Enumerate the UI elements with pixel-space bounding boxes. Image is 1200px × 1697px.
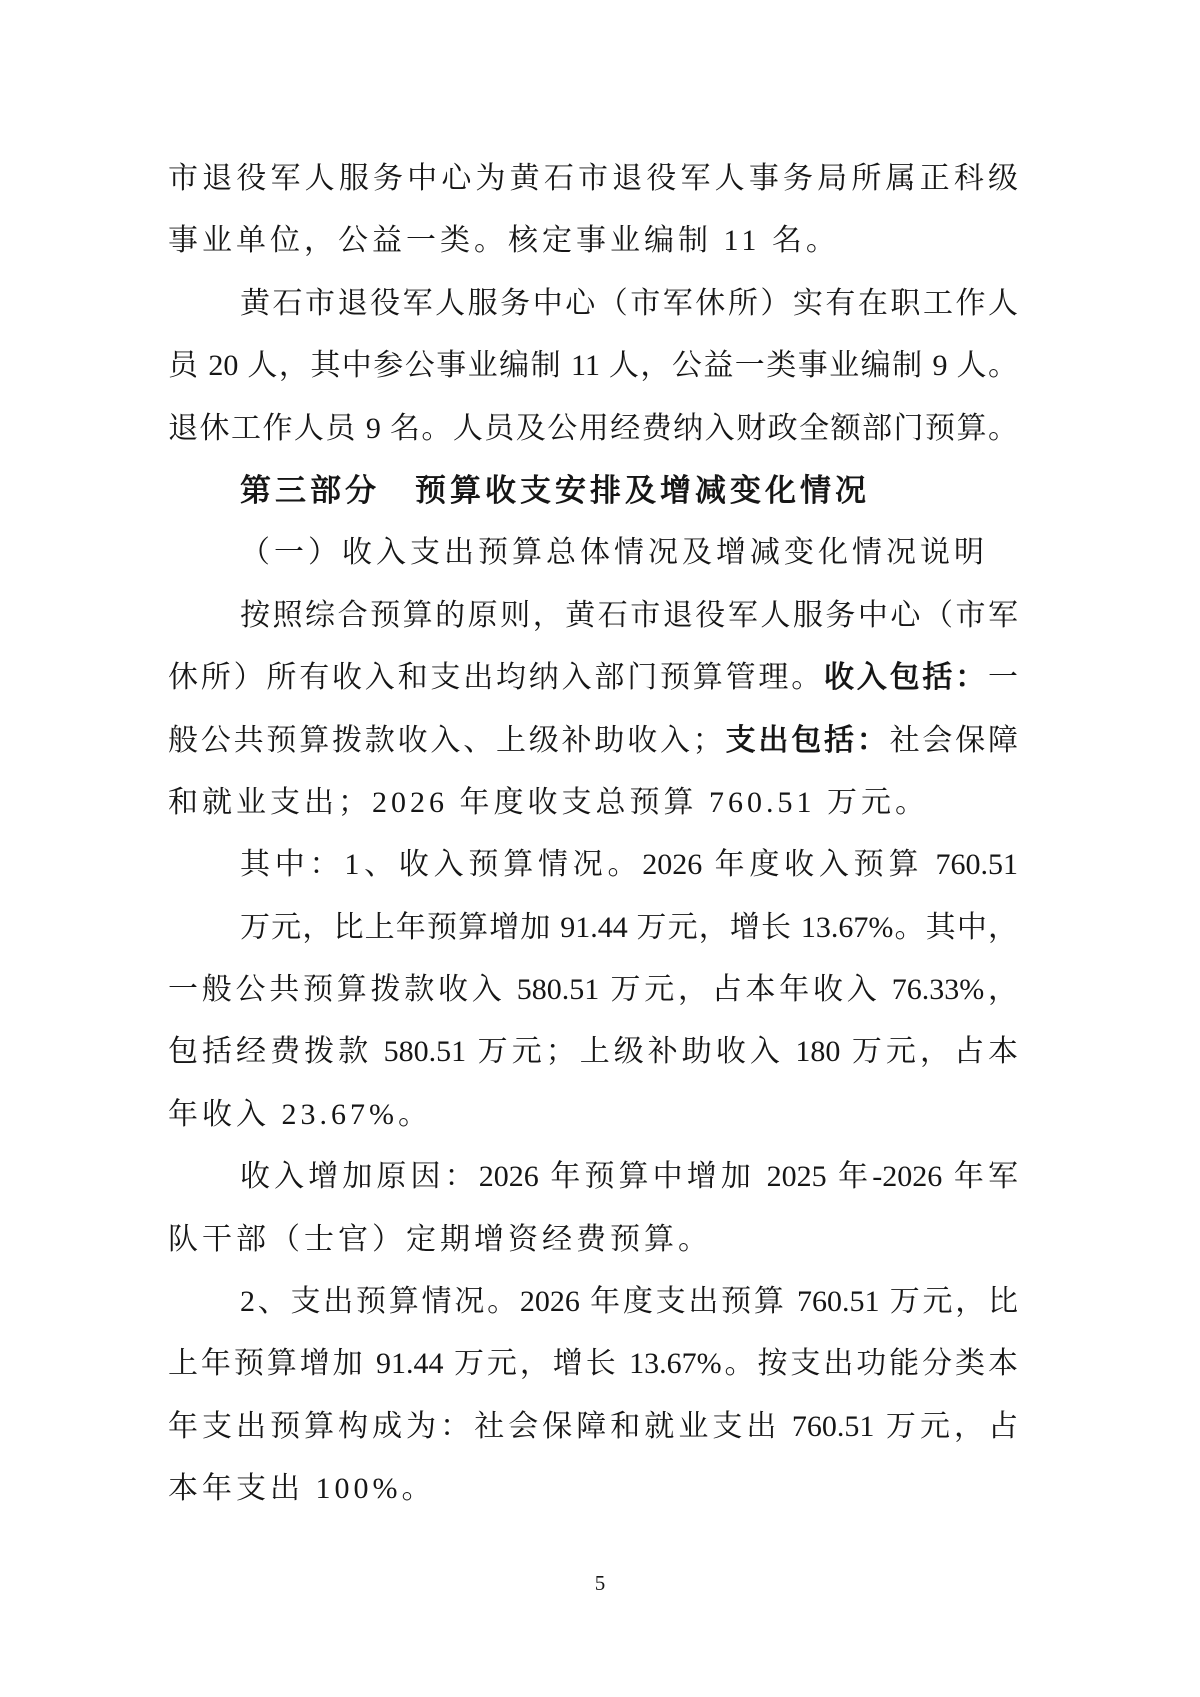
text-line-4: 员 20 人，其中参公事业编制 11 人，公益一类事业编制 9 人。: [168, 335, 1018, 397]
text-line-8: 按照综合预算的原则，黄石市退役军人服务中心（市军: [168, 585, 1018, 647]
text-segment: 年收入 23.67%。: [168, 1098, 432, 1131]
text-segment: 按照综合预算的原则，黄石市退役军人服务中心（市军: [240, 599, 1018, 632]
text-segment: 一: [988, 661, 1018, 694]
text-segment: （一）收入支出预算总体情况及增减变化情况说明: [240, 536, 988, 569]
text-line-21: 年支出预算构成为：社会保障和就业支出 760.51 万元，占: [168, 1396, 1018, 1458]
text-line-3: 黄石市退役军人服务中心（市军休所）实有在职工作人: [168, 273, 1018, 335]
text-segment: 2、支出预算情况。2026 年度支出预算 760.51 万元，比: [240, 1285, 1018, 1318]
text-segment: 一般公共预算拨款收入 580.51 万元，占本年收入 76.33%，: [168, 973, 1018, 1006]
text-line-14: 一般公共预算拨款收入 580.51 万元，占本年收入 76.33%，: [168, 959, 1018, 1021]
document-page: 市退役军人服务中心为黄石市退役军人事务局所属正科级事业单位，公益一类。核定事业编…: [0, 0, 1200, 1697]
text-segment: 员 20 人，其中参公事业编制 11 人，公益一类事业编制 9 人。: [168, 349, 1018, 382]
text-segment: 收入增加原因：2026 年预算中增加 2025 年-2026 年军: [240, 1160, 1018, 1193]
bold-text-segment: 支出包括：: [723, 724, 890, 757]
bold-text-segment: 第三部分 预算收支安排及增减变化情况: [240, 473, 870, 508]
text-line-5: 退休工作人员 9 名。人员及公用经费纳入财政全额部门预算。: [168, 398, 1018, 460]
text-line-19: 2、支出预算情况。2026 年度支出预算 760.51 万元，比: [168, 1271, 1018, 1333]
section-heading: 第三部分 预算收支安排及增减变化情况: [168, 460, 1018, 522]
text-line-2: 事业单位，公益一类。核定事业编制 11 名。: [168, 210, 1018, 272]
text-line-15: 包括经费拨款 580.51 万元；上级补助收入 180 万元，占本: [168, 1021, 1018, 1083]
text-segment: 其中：1、收入预算情况。2026 年度收入预算 760.51: [240, 848, 1018, 881]
text-segment: 市退役军人服务中心为黄石市退役军人事务局所属正科级: [168, 162, 1018, 195]
text-segment: 本年支出 100%。: [168, 1472, 436, 1505]
text-segment: 年支出预算构成为：社会保障和就业支出 760.51 万元，占: [168, 1410, 1018, 1443]
text-segment: 黄石市退役军人服务中心（市军休所）实有在职工作人: [240, 287, 1018, 320]
text-segment: 退休工作人员 9 名。人员及公用经费纳入财政全额部门预算。: [168, 412, 1018, 445]
document-body: 市退役军人服务中心为黄石市退役军人事务局所属正科级事业单位，公益一类。核定事业编…: [168, 148, 1018, 1521]
text-line-17: 收入增加原因：2026 年预算中增加 2025 年-2026 年军: [168, 1146, 1018, 1208]
text-segment: 上年预算增加 91.44 万元，增长 13.67%。按支出功能分类本: [168, 1347, 1018, 1380]
text-line-1: 市退役军人服务中心为黄石市退役军人事务局所属正科级: [168, 148, 1018, 210]
text-line-7: （一）收入支出预算总体情况及增减变化情况说明: [168, 522, 1018, 584]
text-segment: 和就业支出；2026 年度收支总预算 760.51 万元。: [168, 786, 929, 819]
text-line-12: 其中：1、收入预算情况。2026 年度收入预算 760.51: [168, 834, 1018, 896]
page-number: 5: [0, 1568, 1200, 1598]
text-segment: 包括经费拨款 580.51 万元；上级补助收入 180 万元，占本: [168, 1035, 1018, 1068]
text-line-22: 本年支出 100%。: [168, 1458, 1018, 1520]
text-line-16: 年收入 23.67%。: [168, 1084, 1018, 1146]
text-line-10: 般公共预算拨款收入、上级补助收入；支出包括：社会保障: [168, 710, 1018, 772]
text-line-13: 万元，比上年预算增加 91.44 万元，增长 13.67%。其中，: [168, 897, 1018, 959]
text-line-9: 休所）所有收入和支出均纳入部门预算管理。收入包括：一: [168, 647, 1018, 709]
bold-text-segment: 收入包括：: [824, 661, 988, 694]
text-segment: 万元，比上年预算增加 91.44 万元，增长 13.67%。其中，: [240, 911, 1018, 944]
text-line-20: 上年预算增加 91.44 万元，增长 13.67%。按支出功能分类本: [168, 1333, 1018, 1395]
text-segment: 队干部（士官）定期增资经费预算。: [168, 1223, 712, 1256]
text-segment: 休所）所有收入和支出均纳入部门预算管理。: [168, 661, 824, 694]
text-line-18: 队干部（士官）定期增资经费预算。: [168, 1209, 1018, 1271]
text-segment: 般公共预算拨款收入、上级补助收入；: [168, 724, 723, 757]
text-segment: 事业单位，公益一类。核定事业编制 11 名。: [168, 224, 840, 257]
text-line-11: 和就业支出；2026 年度收支总预算 760.51 万元。: [168, 772, 1018, 834]
text-segment: 社会保障: [890, 724, 1018, 757]
